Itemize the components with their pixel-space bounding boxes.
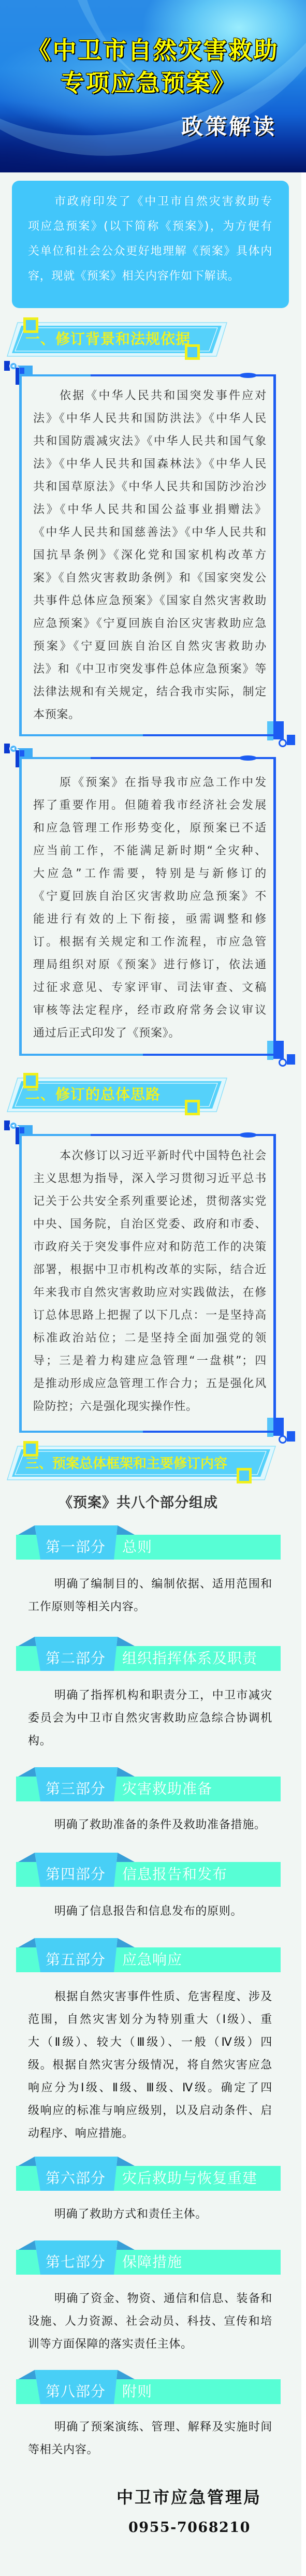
corner-ornament — [287, 735, 295, 745]
hero-subtitle: 政策解读 — [181, 115, 276, 139]
text-line: 本次修订以习近平新时代中国特色社会 — [33, 1145, 267, 1168]
text-line: 明确了救助准备的条件及救助准备措施。 — [28, 1814, 272, 1837]
text-line: 订。根据有关规定和工作流程，市应急管 — [33, 931, 267, 954]
text-line: 记关于公共安全系列重要论述，贯彻落实党 — [33, 1190, 267, 1213]
text-line: 是推动形成应急管理工作合力；五是强化风 — [33, 1373, 267, 1395]
section-title: 三、预案总体框架和主要修订内容 — [25, 1453, 227, 1474]
part-banner-5: 第五部分 应急响应 — [16, 1938, 281, 1972]
text-line: 《宁夏回族自治区灾害救助应急预案》不 — [33, 885, 267, 908]
part-title: 信息报告和发布 — [122, 1865, 227, 1884]
corner-ornament — [273, 1041, 284, 1059]
text-line: 明确了救助方式和责任主体。 — [28, 2203, 272, 2226]
text-line: 应急预案》《宁夏回族自治区灾害救助应急 — [33, 613, 267, 635]
text-line: 明确了信息报告和信息发布的原则。 — [28, 1900, 272, 1923]
text-line: 根据自然灾害事件性质、危害程度、涉及 — [28, 1986, 272, 2009]
text-line: 法》和《中卫市突发事件总体应急预案》等 — [33, 658, 267, 681]
text-line: 年来我市自然灾害救助应对实践做法，在修 — [33, 1282, 267, 1304]
text-line: 大应急”工作需要，特别是与新修订的 — [33, 863, 267, 885]
part-title: 保障措施 — [122, 2253, 182, 2272]
text-line: 中央、国务院，自治区党委、政府和市委、 — [33, 1213, 267, 1236]
text-line: 训等方面保障的落实责任主体。 — [28, 2333, 272, 2356]
text-line: 市政府印发了《中卫市自然灾害救助专 — [28, 190, 272, 214]
text-line: 委员会为中卫市自然灾害救助应急综合协调机 — [28, 1707, 272, 1730]
part-banner-1: 第一部分 总则 — [16, 1525, 281, 1560]
corner-ornament — [267, 721, 273, 740]
text-line: 法律法规和有关规定，结合我市实际，制定 — [33, 681, 267, 704]
text-line: 明确了指挥机构和职责分工，中卫市减灾 — [28, 1684, 272, 1707]
corner-ornament — [16, 368, 19, 385]
text-line: 设施、人力资源、社会动员、科技、宣传和培 — [28, 2310, 272, 2333]
text-line: 本预案。 — [33, 704, 267, 726]
content-box: 依据《中华人民共和国突发事件应对 法》《中华人民共和国防洪法》《中华人民 共和国… — [19, 374, 276, 736]
text-line: 预案》《宁夏回族自治区自然灾害救助办 — [33, 635, 267, 658]
hero-banner: 《中卫市自然灾害救助 专项应急预案》 政策解读 — [0, 0, 306, 172]
text-line: 国抗旱条例》《深化党和国家机构改革方 — [33, 544, 267, 567]
text-line: 构。 — [28, 1730, 272, 1753]
part-body-3: 明确了救助准备的条件及救助准备措施。 — [28, 1814, 272, 1837]
text-line: 险防控；六是强化现实操作性。 — [33, 1395, 267, 1418]
text-line: 级。根据自然灾害分级情况，将自然灾害应急 — [28, 2054, 272, 2077]
yellow-square-icon — [185, 344, 200, 360]
part-banner-2: 第二部分 组织指挥体系及职责 — [16, 1637, 281, 1671]
text-line: 容，现就《预案》相关内容作如下解读。 — [28, 264, 272, 289]
part-banner-4: 第四部分 信息报告和发布 — [16, 1853, 281, 1887]
border-bulge-ornament — [239, 373, 257, 378]
text-line: 挥了重要作用。但随着我市经济社会发展 — [33, 794, 267, 817]
text-line: 订总体思路上把握了以下几点：一是坚持高 — [33, 1304, 267, 1327]
policy-infographic-page: 《中卫市自然灾害救助 专项应急预案》 政策解读 市政府印发了《中卫市自然灾害救助… — [0, 0, 306, 2576]
text-line: 通过后正式印发了《预案》。 — [33, 1022, 267, 1045]
section-title: 一、修订背景和法规依据 — [25, 329, 191, 350]
page-right-edge — [301, 172, 306, 2576]
section-heading-3: 三、预案总体框架和主要修订内容 — [5, 1444, 277, 1482]
content-box: 本次修订以习近平新时代中国特色社会 主义思想为指导，深入学习贯彻习近平总书 记关… — [19, 1134, 276, 1433]
part-body-4: 明确了信息报告和信息发布的原则。 — [28, 1900, 272, 1923]
text-line: 原《预案》在指导我市应急工作中发 — [33, 772, 267, 794]
part-title: 灾害救助准备 — [122, 1780, 212, 1798]
part-label: 第八部分 — [46, 2382, 106, 2401]
border-bulge-ornament — [239, 755, 257, 761]
corner-ornament — [273, 721, 284, 739]
text-line: 共和国草原法》《中华人民共和国防沙治沙 — [33, 476, 267, 499]
intro-box: 市政府印发了《中卫市自然灾害救助专 项应急预案》(以下简称《预案》)，为方便有 … — [12, 181, 289, 308]
section-title: 二、修订的总体思路 — [25, 1084, 161, 1105]
corner-ornament — [20, 368, 24, 374]
yellow-square-icon — [185, 1100, 200, 1115]
text-line: 应当前工作，不能满足新时期“全灾种、 — [33, 840, 267, 863]
part-body-7: 明确了资金、物资、通信和信息、装备和 设施、人力资源、社会动员、科技、宣传和培 … — [28, 2288, 272, 2356]
content-box: 原《预案》在指导我市应急工作中发 挥了重要作用。但随着我市经济社会发展 和应急管… — [19, 757, 276, 1056]
text-line: 过征求意见、专家评审、司法审查、文稿 — [33, 977, 267, 999]
text-line: 共事件总体应急预案》《国家自然灾害救助 — [33, 590, 267, 613]
part-label: 第六部分 — [46, 2169, 106, 2188]
border-bulge-ornament — [239, 1132, 257, 1138]
footer-phone: 0955-7068210 — [128, 2517, 251, 2538]
part-body-6: 明确了救助方式和责任主体。 — [28, 2203, 272, 2226]
part-banner-6: 第六部分 灾后救助与恢复重建 — [16, 2157, 281, 2191]
part-label: 第四部分 — [46, 1865, 106, 1884]
part-banner-3: 第三部分 灾害救助准备 — [16, 1767, 281, 1801]
part-title: 组织指挥体系及职责 — [122, 1649, 257, 1668]
section-heading-1: 一、修订背景和法规依据 — [5, 320, 228, 359]
section-heading-2: 二、修订的总体思路 — [5, 1075, 228, 1114]
hero-title-line-2: 专项应急预案》 — [61, 70, 237, 96]
text-line: 项应急预案》(以下简称《预案》)，为方便有 — [28, 214, 272, 239]
ring-icon — [279, 739, 287, 747]
text-line: 审核等法定程序，经市政府常务会议审议 — [33, 999, 267, 1022]
part-banner-7: 第七部分 保障措施 — [16, 2240, 281, 2275]
ring-icon — [279, 1435, 287, 1444]
text-line: 标准政治站位；二是坚持全面加强党的领 — [33, 1327, 267, 1350]
text-line: 部署，根据中卫市机构改革的实际，结合近 — [33, 1259, 267, 1282]
text-line: 大（Ⅱ级）、较大（Ⅲ级）、一般（Ⅳ级）四 — [28, 2031, 272, 2054]
hero-title-line-1: 《中卫市自然灾害救助 — [27, 37, 279, 63]
corner-ornament — [273, 1418, 284, 1436]
part-title: 附则 — [122, 2382, 152, 2401]
part-body-5: 根据自然灾害事件性质、危害程度、涉及 范围，自然灾害划分为特别重大（Ⅰ级）、重 … — [28, 1986, 272, 2145]
text-line: 市政府关于突发事件应对和防范工作的决策 — [33, 1236, 267, 1259]
text-line: 共和国防震减灾法》《中华人民共和国气象 — [33, 430, 267, 453]
corner-ornament — [287, 1054, 295, 1065]
parts-summary: 《预案》共八个部分组成 — [59, 1494, 218, 1512]
part-body-8: 明确了预案演练、管理、解释及实施时间 等相关内容。 — [28, 2416, 272, 2462]
part-label: 第五部分 — [46, 1951, 106, 1969]
text-line: 等相关内容。 — [28, 2439, 272, 2462]
corner-ornament — [20, 1127, 24, 1133]
yellow-square-icon — [237, 1468, 252, 1483]
text-line: 动程序、响应措施。 — [28, 2122, 272, 2145]
text-line: 明确了编制目的、编制依据、适用范围和 — [28, 1573, 272, 1596]
corner-ornament — [267, 1041, 273, 1060]
part-title: 灾后救助与恢复重建 — [122, 2169, 257, 2188]
part-title: 应急响应 — [122, 1951, 182, 1969]
part-banner-8: 第八部分 附则 — [16, 2370, 281, 2404]
text-line: 响应分为Ⅰ级、Ⅱ级、Ⅲ级、Ⅳ级。确定了四 — [28, 2077, 272, 2100]
ring-icon — [279, 1058, 287, 1067]
text-line: 法》《中华人民共和国森林法》《中华人民 — [33, 453, 267, 476]
part-body-1: 明确了编制目的、编制依据、适用范围和 工作原则等相关内容。 — [28, 1573, 272, 1619]
text-line: 和应急管理工作形势变化，原预案已不适 — [33, 817, 267, 840]
corner-ornament — [287, 1431, 295, 1442]
text-line: 主义思想为指导，深入学习贯彻习近平总书 — [33, 1168, 267, 1190]
text-line: 工作原则等相关内容。 — [28, 1596, 272, 1619]
corner-ornament — [16, 750, 19, 767]
text-line: 级响应的标准与响应级别，以及启动条件、启 — [28, 2100, 272, 2122]
part-body-2: 明确了指挥机构和职责分工，中卫市减灾 委员会为中卫市自然灾害救助应急综合协调机 … — [28, 1684, 272, 1753]
text-line: 法》《中华人民共和国防洪法》《中华人民 — [33, 407, 267, 430]
corner-ornament — [20, 750, 24, 756]
part-label: 第一部分 — [46, 1538, 106, 1556]
text-line: 依据《中华人民共和国突发事件应对 — [33, 385, 267, 407]
part-label: 第二部分 — [46, 1649, 106, 1668]
corner-ornament — [16, 1127, 19, 1144]
text-line: 案》《自然灾害救助条例》和《国家突发公 — [33, 567, 267, 590]
text-line: 明确了预案演练、管理、解释及实施时间 — [28, 2416, 272, 2439]
text-line: 《中华人民共和国慈善法》《中华人民共和 — [33, 521, 267, 544]
part-label: 第七部分 — [46, 2253, 106, 2272]
text-line: 理局组织对原《预案》进行修订，依法通 — [33, 954, 267, 977]
footer-organization: 中卫市应急管理局 — [116, 2487, 261, 2508]
text-line: 关单位和社会公众更好地理解《预案》具体内 — [28, 239, 272, 264]
part-title: 总则 — [122, 1538, 152, 1556]
text-line: 范围，自然灾害划分为特别重大（Ⅰ级）、重 — [28, 2009, 272, 2031]
corner-ornament — [267, 1418, 273, 1437]
text-line: 法》《中华人民共和国公益事业捐赠法》 — [33, 499, 267, 521]
part-label: 第三部分 — [46, 1780, 106, 1798]
text-line: 能进行有效的上下衔接，亟需调整和修 — [33, 908, 267, 931]
text-line: 明确了资金、物资、通信和信息、装备和 — [28, 2288, 272, 2310]
text-line: 导；三是着力构建应急管理“一盘棋”；四 — [33, 1350, 267, 1373]
